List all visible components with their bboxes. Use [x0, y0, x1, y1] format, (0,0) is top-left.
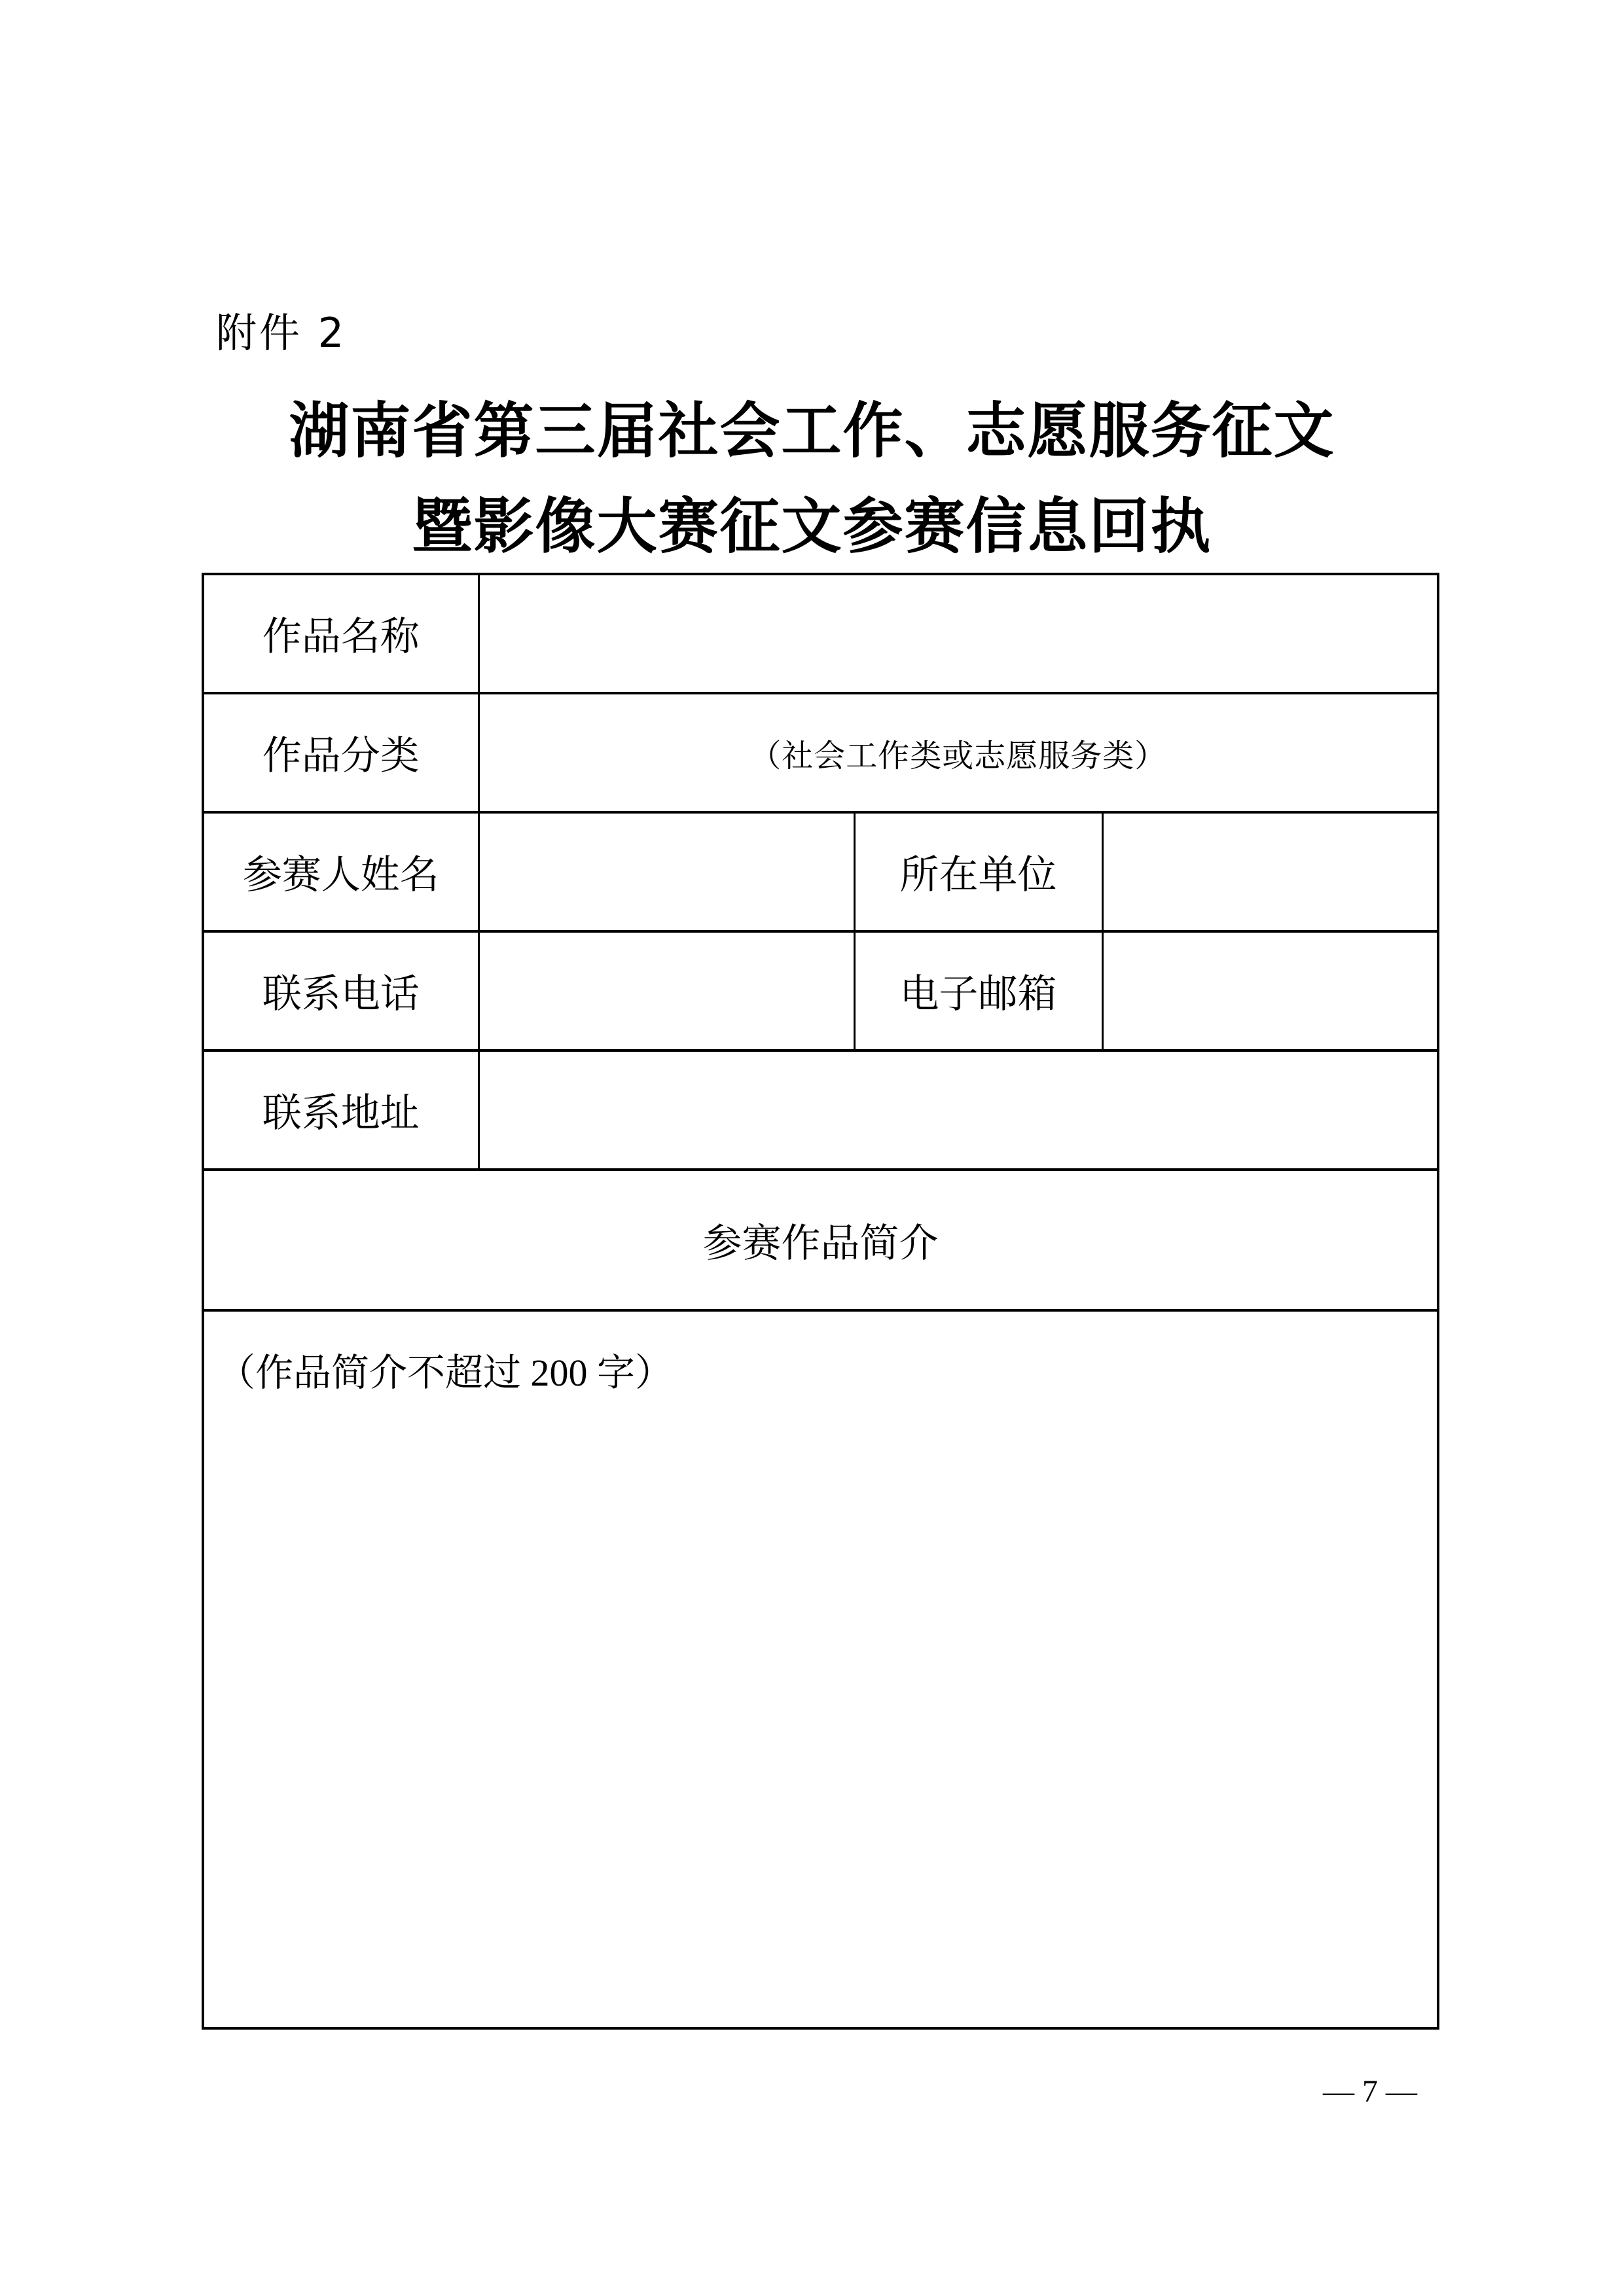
- document-title: 湖南省第三届社会工作、志愿服务征文 暨影像大赛征文参赛信息回执: [0, 384, 1624, 575]
- attachment-number-label: 附件 2: [216, 308, 346, 359]
- row-intro-header: 参赛作品简介: [203, 1170, 1438, 1310]
- work-category-hint: （社会工作类或志愿服务类）: [478, 693, 1438, 812]
- row-work-category: 作品分类 （社会工作类或志愿服务类）: [203, 693, 1438, 812]
- email-label: 电子邮箱: [854, 931, 1102, 1050]
- intro-header: 参赛作品简介: [203, 1170, 1438, 1310]
- unit-input-cell: [1102, 812, 1438, 931]
- entry-form-table: 作品名称 作品分类 （社会工作类或志愿服务类） 参赛人姓名 所在单位 联系电话 …: [202, 573, 1439, 2030]
- work-category-label: 作品分类: [203, 693, 478, 812]
- row-contact: 联系电话 电子邮箱: [203, 931, 1438, 1050]
- document-title-line-2: 暨影像大赛征文参赛信息回执: [0, 479, 1624, 575]
- address-input-cell: [478, 1050, 1438, 1170]
- work-name-label: 作品名称: [203, 574, 478, 693]
- row-intro-body: （作品简介不超过 200 字）: [203, 1310, 1438, 2028]
- unit-label: 所在单位: [854, 812, 1102, 931]
- work-name-input-cell: [478, 574, 1438, 693]
- row-work-name: 作品名称: [203, 574, 1438, 693]
- participant-name-label: 参赛人姓名: [203, 812, 478, 931]
- row-participant: 参赛人姓名 所在单位: [203, 812, 1438, 931]
- intro-body-cell: （作品简介不超过 200 字）: [203, 1310, 1438, 2028]
- address-label: 联系地址: [203, 1050, 478, 1170]
- phone-input-cell: [478, 931, 854, 1050]
- page-number: — 7 —: [1323, 2073, 1417, 2109]
- intro-note: （作品简介不超过 200 字）: [217, 1352, 673, 1394]
- phone-label: 联系电话: [203, 931, 478, 1050]
- participant-name-input-cell: [478, 812, 854, 931]
- document-page: 附件 2 湖南省第三届社会工作、志愿服务征文 暨影像大赛征文参赛信息回执 作品名…: [0, 0, 1624, 2296]
- row-address: 联系地址: [203, 1050, 1438, 1170]
- document-title-line-1: 湖南省第三届社会工作、志愿服务征文: [0, 384, 1624, 479]
- email-input-cell: [1102, 931, 1438, 1050]
